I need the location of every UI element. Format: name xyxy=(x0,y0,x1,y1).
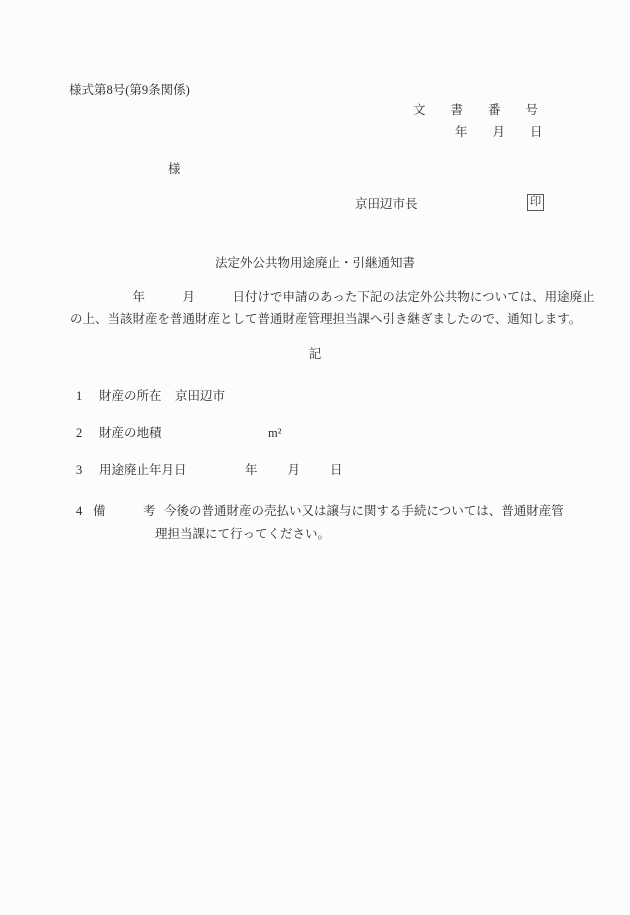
item-label: 財産の地積 xyxy=(99,426,162,440)
date-placeholder: 年月日 xyxy=(245,463,373,477)
document-number-label: 文書番号 xyxy=(413,103,563,117)
area-unit: m² xyxy=(268,426,281,440)
item-label: 用途廃止年月日 xyxy=(99,463,187,477)
document-page: 様式第8号(第9条関係) 文書番号 年月日 様 京田辺市長 印 法定外公共物用途… xyxy=(0,0,630,915)
item-label: 備 考 xyxy=(93,504,156,518)
record-marker: 記 xyxy=(0,347,630,361)
sender-name: 京田辺市長 xyxy=(355,197,418,211)
item-number: 2 xyxy=(76,426,82,440)
document-title: 法定外公共物用途廃止・引継通知書 xyxy=(0,256,630,270)
header-date-placeholder: 年月日 xyxy=(455,125,568,139)
item-number: 3 xyxy=(76,463,82,477)
body-paragraph-line: 年 月 日付けで申請のあった下記の法定外公共物については、用途廃止 xyxy=(70,290,595,304)
remarks-text-line: 理担当課にて行ってください。 xyxy=(155,527,330,541)
seal-mark: 印 xyxy=(527,194,544,211)
body-paragraph-line: の上、当該財産を普通財産として普通財産管理担当課へ引き継ぎましたので、通知します… xyxy=(70,312,581,326)
item-number: 1 xyxy=(76,389,82,403)
item-number: 4 xyxy=(76,504,82,518)
item-label: 財産の所在 xyxy=(99,389,162,403)
addressee-suffix: 様 xyxy=(168,162,181,176)
item-value: 京田辺市 xyxy=(175,389,225,403)
form-number: 様式第8号(第9条関係) xyxy=(69,83,190,97)
remarks-text-line: 今後の普通財産の売払い又は譲与に関する手続については、普通財産管 xyxy=(164,504,564,518)
